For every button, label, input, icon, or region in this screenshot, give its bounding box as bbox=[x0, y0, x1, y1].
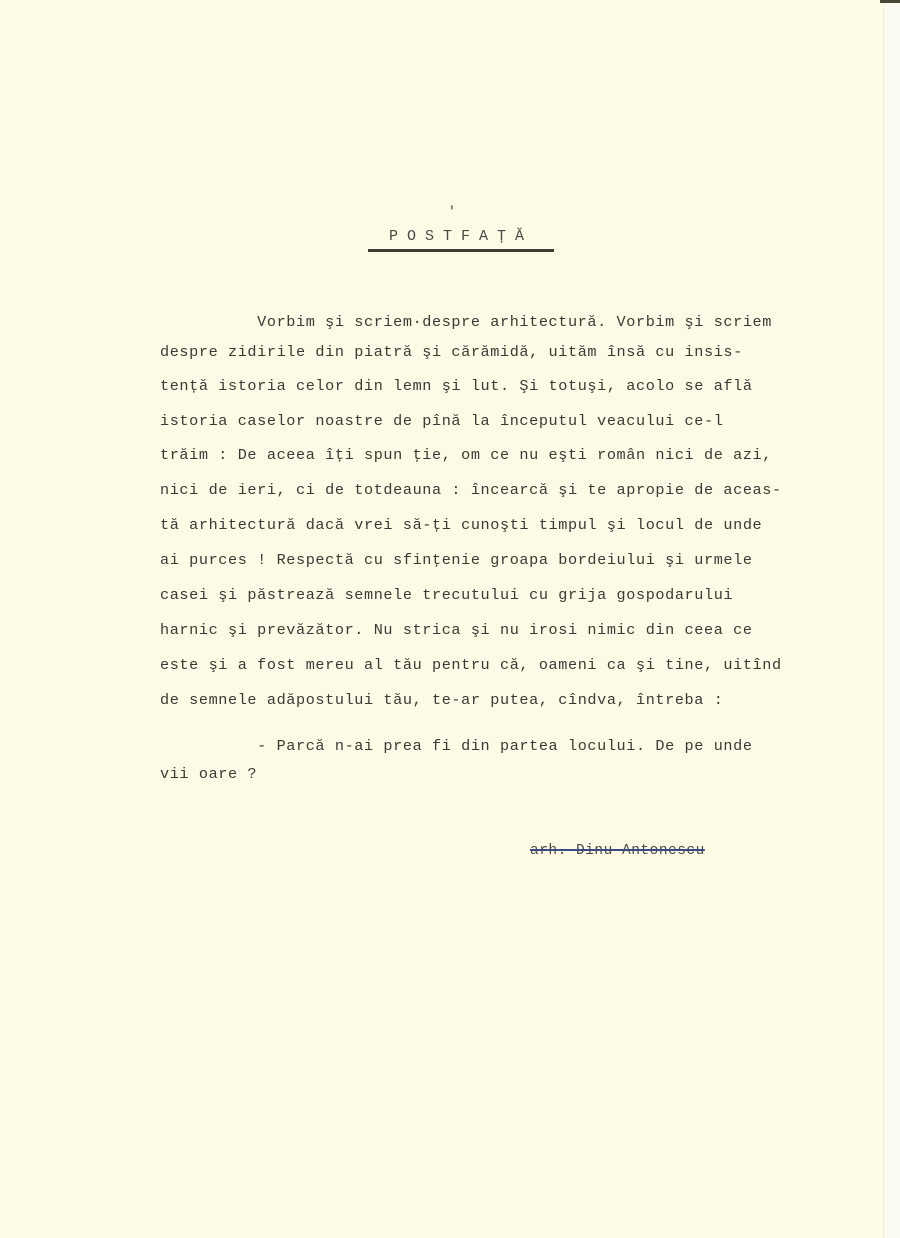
text-line: casei şi păstrează semnele trecutului cu… bbox=[160, 586, 733, 604]
text-line: ai purces ! Respectă cu sfinţenie groapa… bbox=[160, 551, 753, 569]
page-title: POSTFAȚĂ bbox=[368, 228, 554, 252]
text-line: nici de ieri, ci de totdeauna : încearcă… bbox=[160, 481, 782, 499]
text-line: istoria caselor noastre de pînă la încep… bbox=[160, 412, 723, 430]
signature-prefix: arh. bbox=[530, 843, 576, 859]
text-line: trăim : De aceea îți spun ţie, om ce nu … bbox=[160, 446, 772, 464]
text-line: Vorbim şi scriem·despre arhitectură. Vor… bbox=[160, 313, 772, 331]
text-line: despre zidirile din piatră şi cărămidă, … bbox=[160, 343, 743, 361]
text-line: de semnele adăpostului tău, te-ar putea,… bbox=[160, 691, 723, 709]
document-page bbox=[0, 0, 883, 1238]
page-edge bbox=[883, 0, 900, 1238]
signature: arh. Dinu Antonescu bbox=[530, 843, 705, 859]
text-line: tă arhitectură dacă vrei să-ți cunoşti t… bbox=[160, 516, 762, 534]
signature-name: Dinu Antonescu bbox=[576, 843, 705, 859]
dialogue-line: - Parcă n-ai prea fi din partea locului.… bbox=[160, 737, 753, 755]
dialogue-line: vii oare ? bbox=[160, 765, 257, 783]
text-line: harnic şi prevăzător. Nu strica şi nu ir… bbox=[160, 621, 753, 639]
scan-edge-shadow bbox=[880, 0, 900, 3]
stray-mark: ' bbox=[448, 204, 456, 219]
text-line: tență istoria celor din lemn şi lut. Şi … bbox=[160, 377, 753, 395]
text-line: este şi a fost mereu al tău pentru că, o… bbox=[160, 656, 782, 674]
